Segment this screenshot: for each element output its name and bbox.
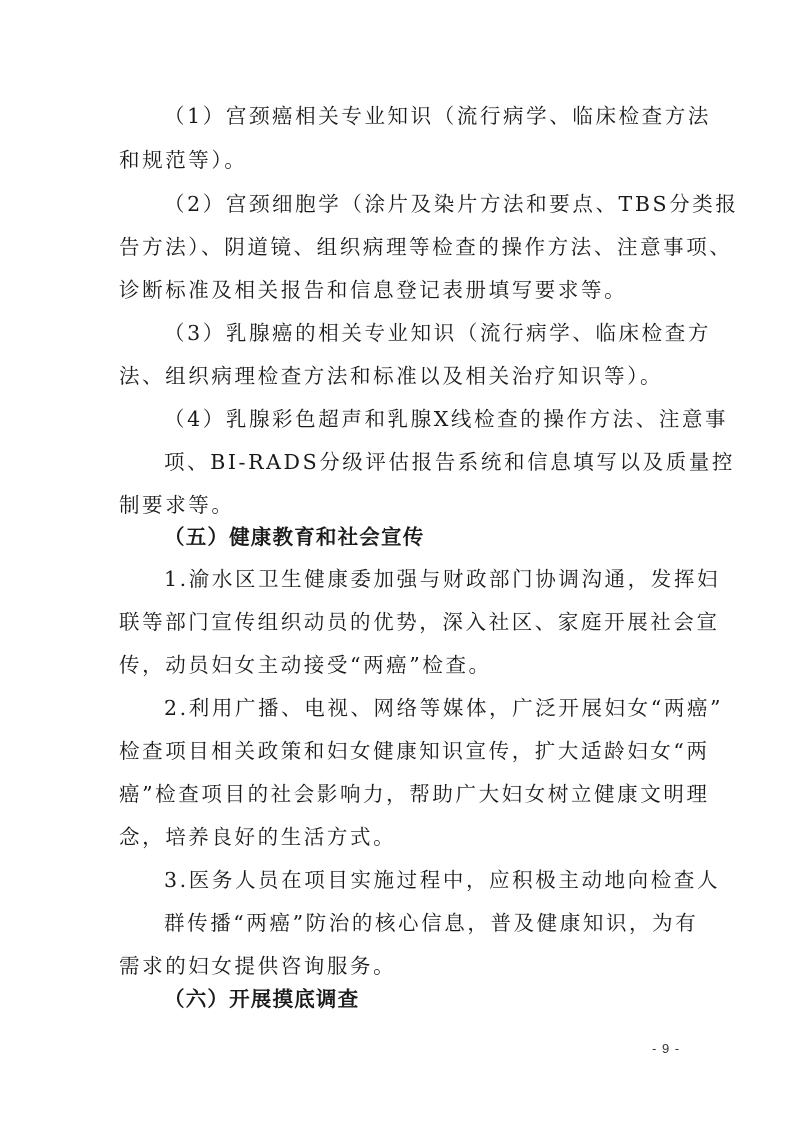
paragraph-line: 和规范等）。 [119,148,247,172]
paragraph-line: 诊断标准及相关报告和信息登记表册填写要求等。 [119,278,627,302]
paragraph-line: 项、BI-RADS分级评估报告系统和信息填写以及质量控 [164,450,735,474]
paragraph-line: 3.医务人员在项目实施过程中，应积极主动地向检查人 [164,868,720,892]
paragraph-line: 制要求等。 [119,493,235,517]
paragraph-line: 联等部门宣传组织动员的优势，深入社区、家庭开展社会宣 [119,610,720,634]
paragraph-line: （2）宫颈细胞学（涂片及染片方法和要点、TBS分类报 [164,192,738,216]
paragraph-line: （4）乳腺彩色超声和乳腺X线检查的操作方法、注意事 [164,407,728,431]
paragraph-line: （1）宫颈癌相关专业知识（流行病学、临床检查方法 [164,104,711,128]
paragraph-line: 群传播“两癌”防治的核心信息，普及健康知识，为有 [164,911,698,935]
paragraph-line: 检查项目相关政策和妇女健康知识宣传，扩大适龄妇女“两 [119,739,710,763]
paragraph-line: 癌”检查项目的社会影响力，帮助广大妇女树立健康文明理 [119,782,710,806]
paragraph-line: 1.渝水区卫生健康委加强与财政部门协调沟通，发挥妇 [164,567,720,591]
paragraph-line: 法、组织病理检查方法和标准以及相关治疗知识等）。 [119,364,663,388]
paragraph-line: 2.利用广播、电视、网络等媒体，广泛开展妇女“两癌” [164,696,723,720]
page-number: - 9 - [652,1041,680,1056]
section-heading: （五）健康教育和社会宣传 [164,525,424,549]
paragraph-line: 告方法）、阴道镜、组织病理等检查的操作方法、注意事项、 [119,235,732,259]
paragraph-line: 传，动员妇女主动接受“两癌”检查。 [119,653,492,677]
paragraph-line: 念，培养良好的生活方式。 [119,825,396,849]
section-heading: （六）开展摸底调查 [164,987,359,1011]
paragraph-line: （3）乳腺癌的相关专业知识（流行病学、临床检查方 [164,321,711,345]
paragraph-line: 需求的妇女提供咨询服务。 [119,954,396,978]
